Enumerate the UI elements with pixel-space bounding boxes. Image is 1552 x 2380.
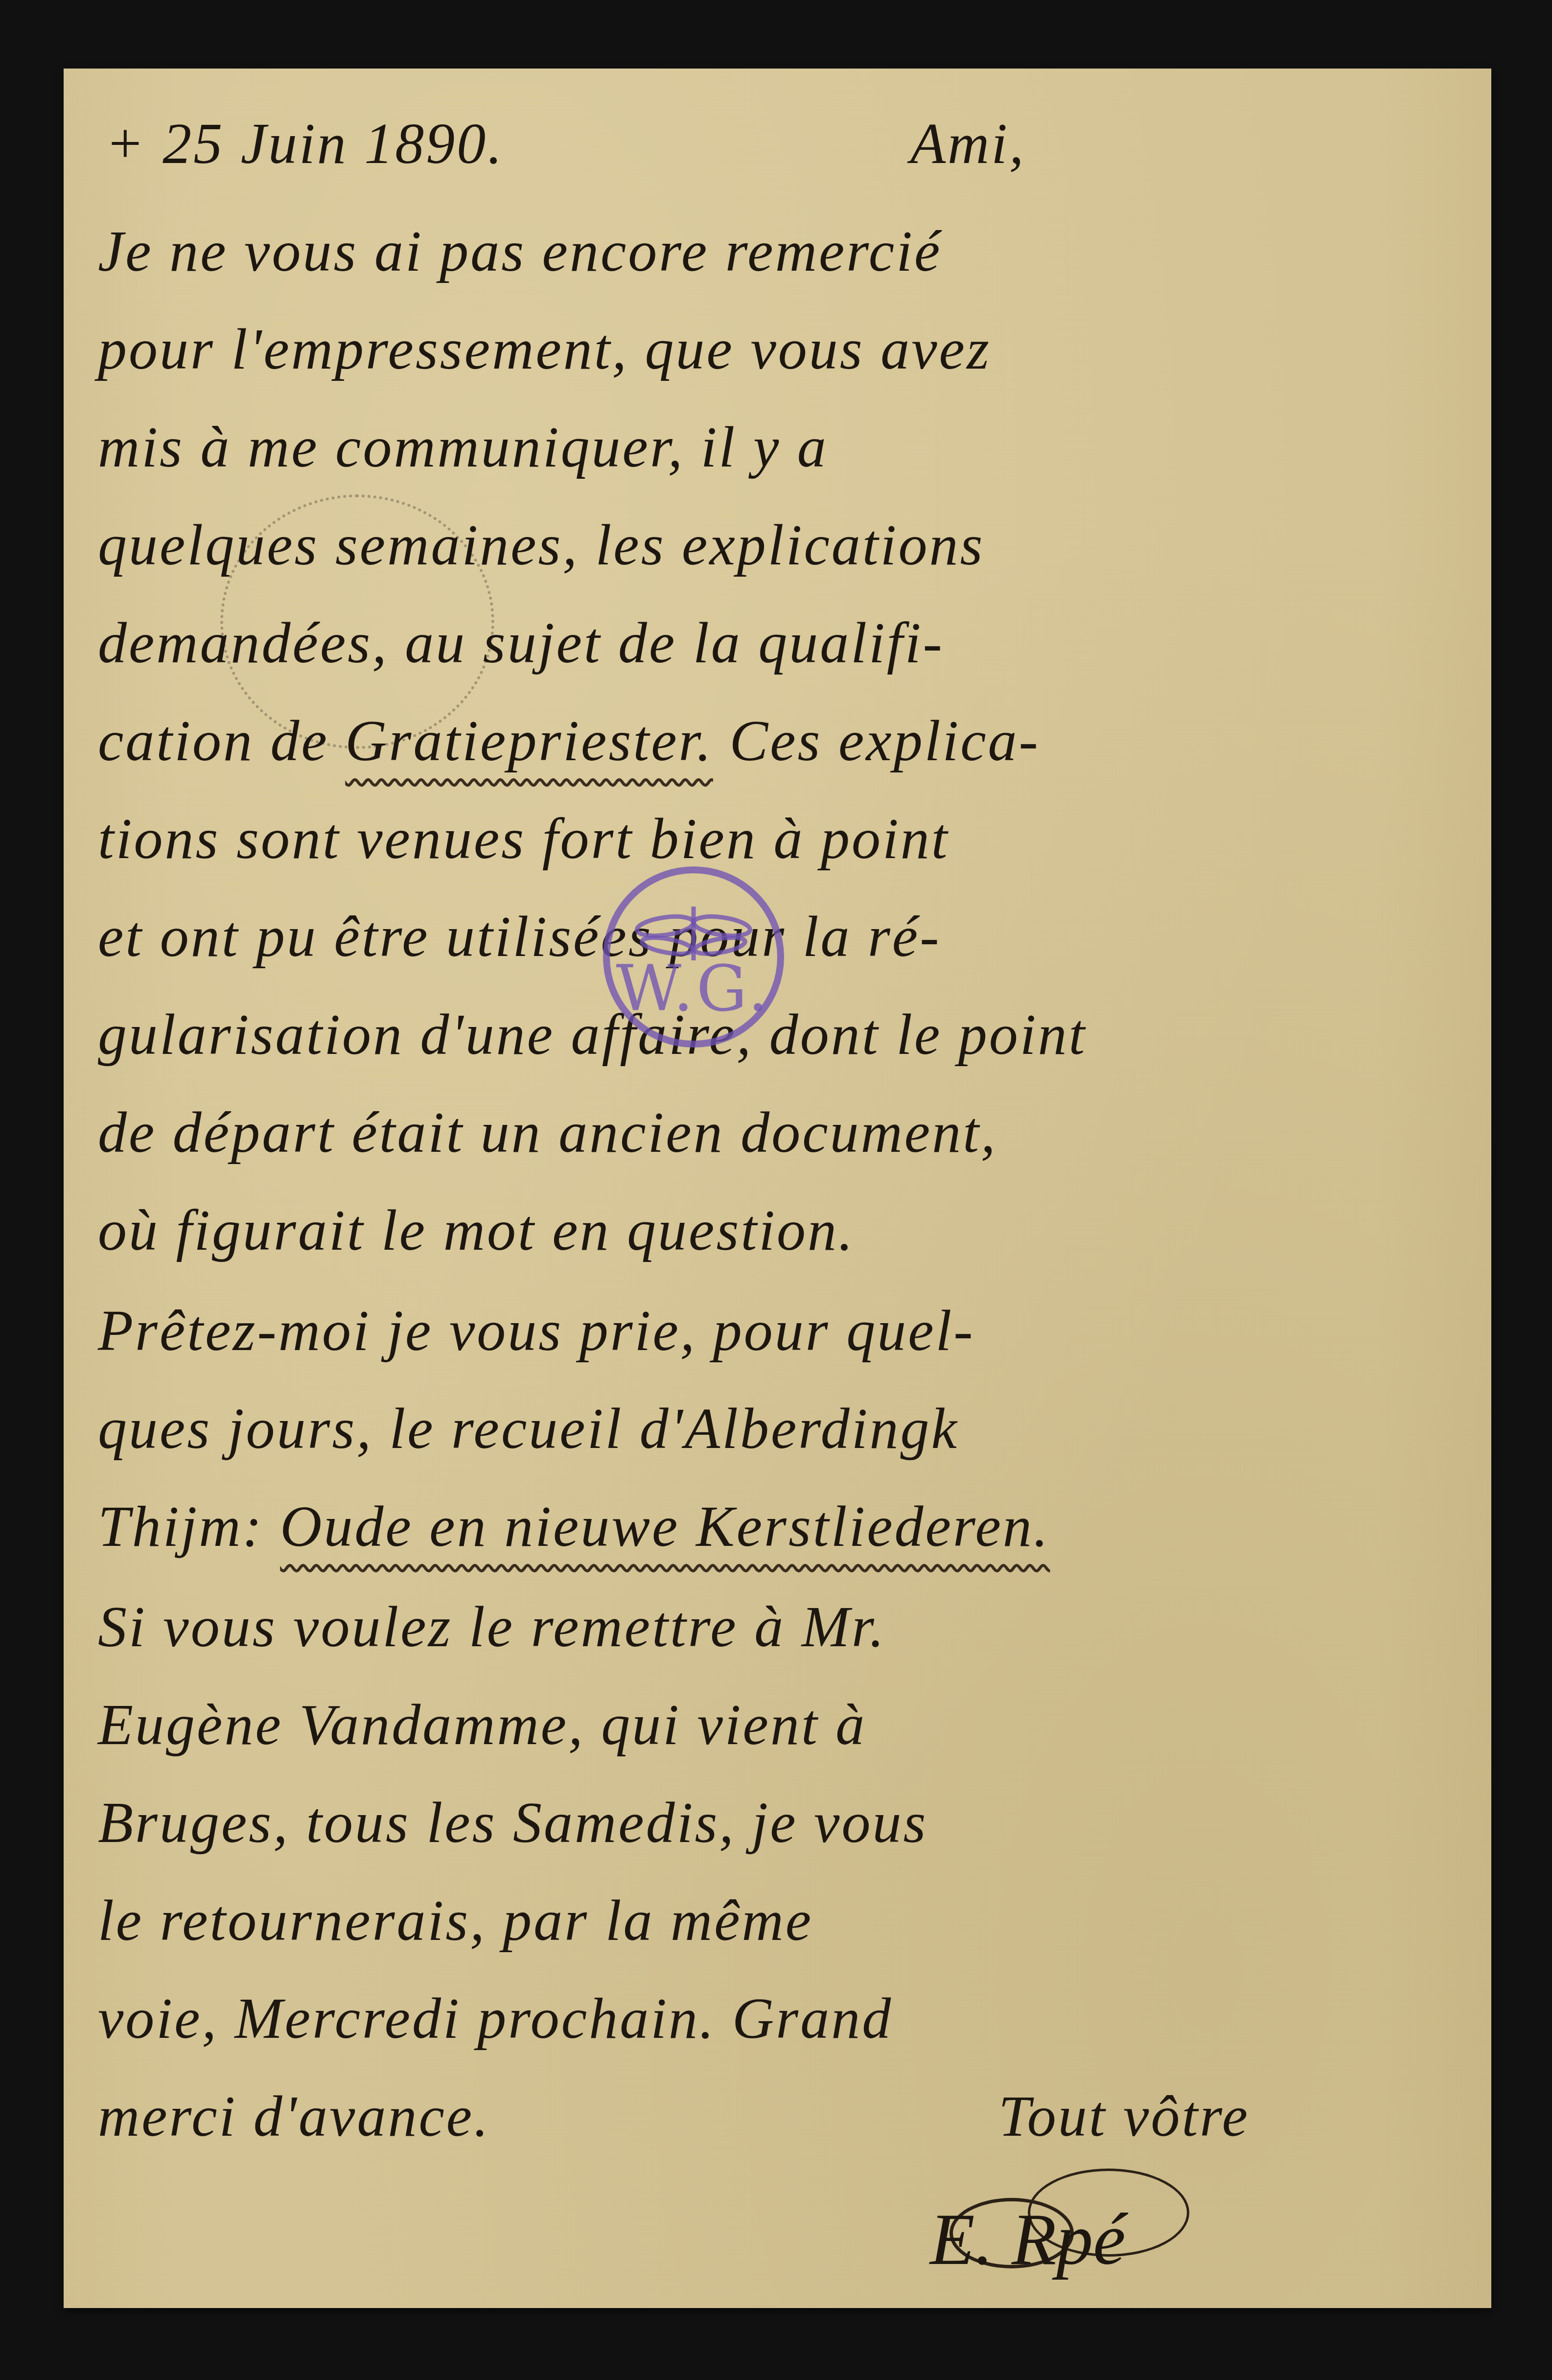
underlined-term: Gratiepriester. bbox=[345, 709, 713, 773]
closing: Tout vôtre bbox=[998, 2088, 1250, 2146]
letter-date: + 25 Juin 1890. bbox=[105, 115, 504, 173]
body-line-3: mis à me communiquer, il y a bbox=[98, 419, 828, 476]
body-line-14-start: Thijm: bbox=[98, 1494, 264, 1559]
body-line-19: voie, Mercredi prochain. Grand bbox=[98, 1990, 893, 2048]
body-line-11: où figurait le mot en question. bbox=[98, 1202, 855, 1260]
body-line-5: demandées, au sujet de la qualifi- bbox=[98, 614, 944, 672]
body-line-7: tions sont venues fort bien à point bbox=[98, 810, 949, 868]
stamp-text: W.G. bbox=[610, 957, 777, 1020]
body-line-15: Si vous voulez le remettre à Mr. bbox=[98, 1598, 886, 1656]
body-line-10: de départ était un ancien document, bbox=[98, 1104, 997, 1162]
body-line-1: Je ne vous ai pas encore remercié bbox=[98, 223, 942, 280]
body-line-20: merci d'avance. bbox=[98, 2088, 490, 2146]
body-line-13: ques jours, le recueil d'Alberdingk bbox=[98, 1400, 959, 1458]
body-line-2: pour l'empressement, que vous avez bbox=[98, 321, 991, 378]
body-line-6-tail: Ces explica- bbox=[729, 709, 1040, 773]
body-line-9: gularisation d'une affaire, dont le poin… bbox=[98, 1006, 1087, 1064]
body-line-4: quelques semaines, les explications bbox=[98, 516, 984, 574]
body-line-12: Prêtez-moi je vous prie, pour quel- bbox=[98, 1302, 975, 1360]
body-line-16: Eugène Vandamme, qui vient à bbox=[98, 1696, 866, 1754]
signature: E. Rpé bbox=[930, 2203, 1126, 2276]
body-line-6-start: cation de bbox=[98, 709, 329, 773]
letter-paper bbox=[64, 69, 1491, 2308]
underlined-book-title: Oude en nieuwe Kerstliederen. bbox=[280, 1494, 1050, 1559]
library-stamp: W.G. bbox=[603, 866, 784, 1048]
body-line-8: et ont pu être utilisées pour la ré- bbox=[98, 908, 941, 966]
body-line-14: Thijm: Oude en nieuwe Kerstliederen. bbox=[98, 1498, 1050, 1556]
body-line-17: Bruges, tous les Samedis, je vous bbox=[98, 1794, 927, 1852]
body-line-18: le retournerais, par la même bbox=[98, 1892, 813, 1950]
body-line-6: cation de Gratiepriester. Ces explica- bbox=[98, 712, 1040, 770]
salutation: Ami, bbox=[910, 115, 1026, 173]
